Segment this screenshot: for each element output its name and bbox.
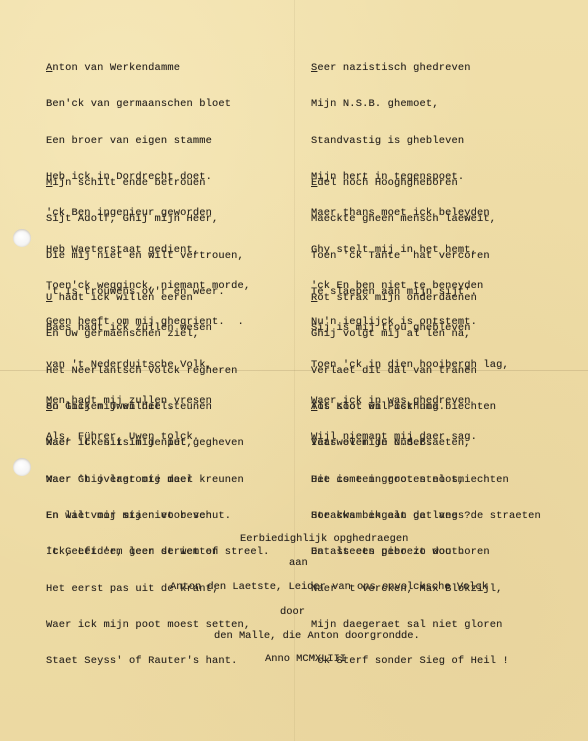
stanza-line: So Ghij mij wildet steunen [46,401,250,413]
stanza-line: Seer nazistisch ghedreven [311,62,490,74]
stanza-line: Dat steets geboeit wou horen [311,546,509,558]
dedication-heading: Eerbiedighlijk opghedraegen [240,533,408,545]
stanza-line: En laet mij staen voor schut. [46,510,250,522]
stanza-line: Toen 'ck Tante hat vercoren [311,250,509,262]
stanza-line: Mijn schilt ende betrouen [46,177,244,189]
stanza-line: Het is een groot stel smiechten [311,474,509,486]
stanza-line: Maer Ghij laet mij maer kreunen [46,474,250,486]
stanza-line: U hadt ick willen eeren [46,292,270,304]
stanza-line: Waer ick sit in de put, [46,437,250,449]
stanza-line: Verlaet dit dal van tranen [311,365,541,377]
stanza-line: Maeckte gheen mensch laeweit, [311,213,509,225]
stanza-7: So Ghij mij wildet steunen Waer ick sit … [46,377,250,691]
stanza-line: Staet Seyss' of Rauter's hant. [46,655,250,667]
stanza-line: Rot strax mijn onderdaenen [311,292,541,304]
stanza-line: Ben'ck van germaanschen bloet [46,98,250,110]
stanza-line: Tot slot wil ick nog biechten [311,401,509,413]
dedication-year: Anno MCMXLIII [265,653,346,665]
stanza-line: Hoe kwam ik aan dat vee ? [311,510,509,522]
stanza-line: Anton van Werkendamme [46,62,250,74]
stanza-line: Edel noch Hooghgheboren [311,177,509,189]
dedication-line: aan [289,557,308,569]
stanza-line: Het Neerlantsch Volck regheren [46,365,270,377]
stanza-line: En Uw germaenschen ziel, [46,328,270,340]
stanza-line: Mijn N.S.B. ghemoet, [311,98,490,110]
typewritten-page: Anton van Werkendamme Ben'ck van germaan… [0,0,588,741]
stanza-line: Een broer van eigen stamme [46,135,250,147]
stanza-line: Ick, Leider, leer de wetten [46,546,250,558]
stanza-line: Iets over de N.S.B. [311,437,509,449]
punch-hole-icon [13,229,31,247]
dedication-line: door [280,606,305,618]
stanza-line: Standvastig is ghebleven [311,135,490,147]
dedication-author: den Malle, die Anton doorgrondde. [214,630,420,642]
stanza-line: Ghij volgt mij al len na, [311,328,541,340]
dedication-recipient: Anton den Laetste, Leider van ons onvolc… [170,581,488,593]
punch-hole-icon [13,458,31,476]
stanza-line: Sijt Adolf, Ghij mijn Heer, [46,213,244,225]
stanza-line: Die mij niet en wilt vertrouen, [46,250,244,262]
